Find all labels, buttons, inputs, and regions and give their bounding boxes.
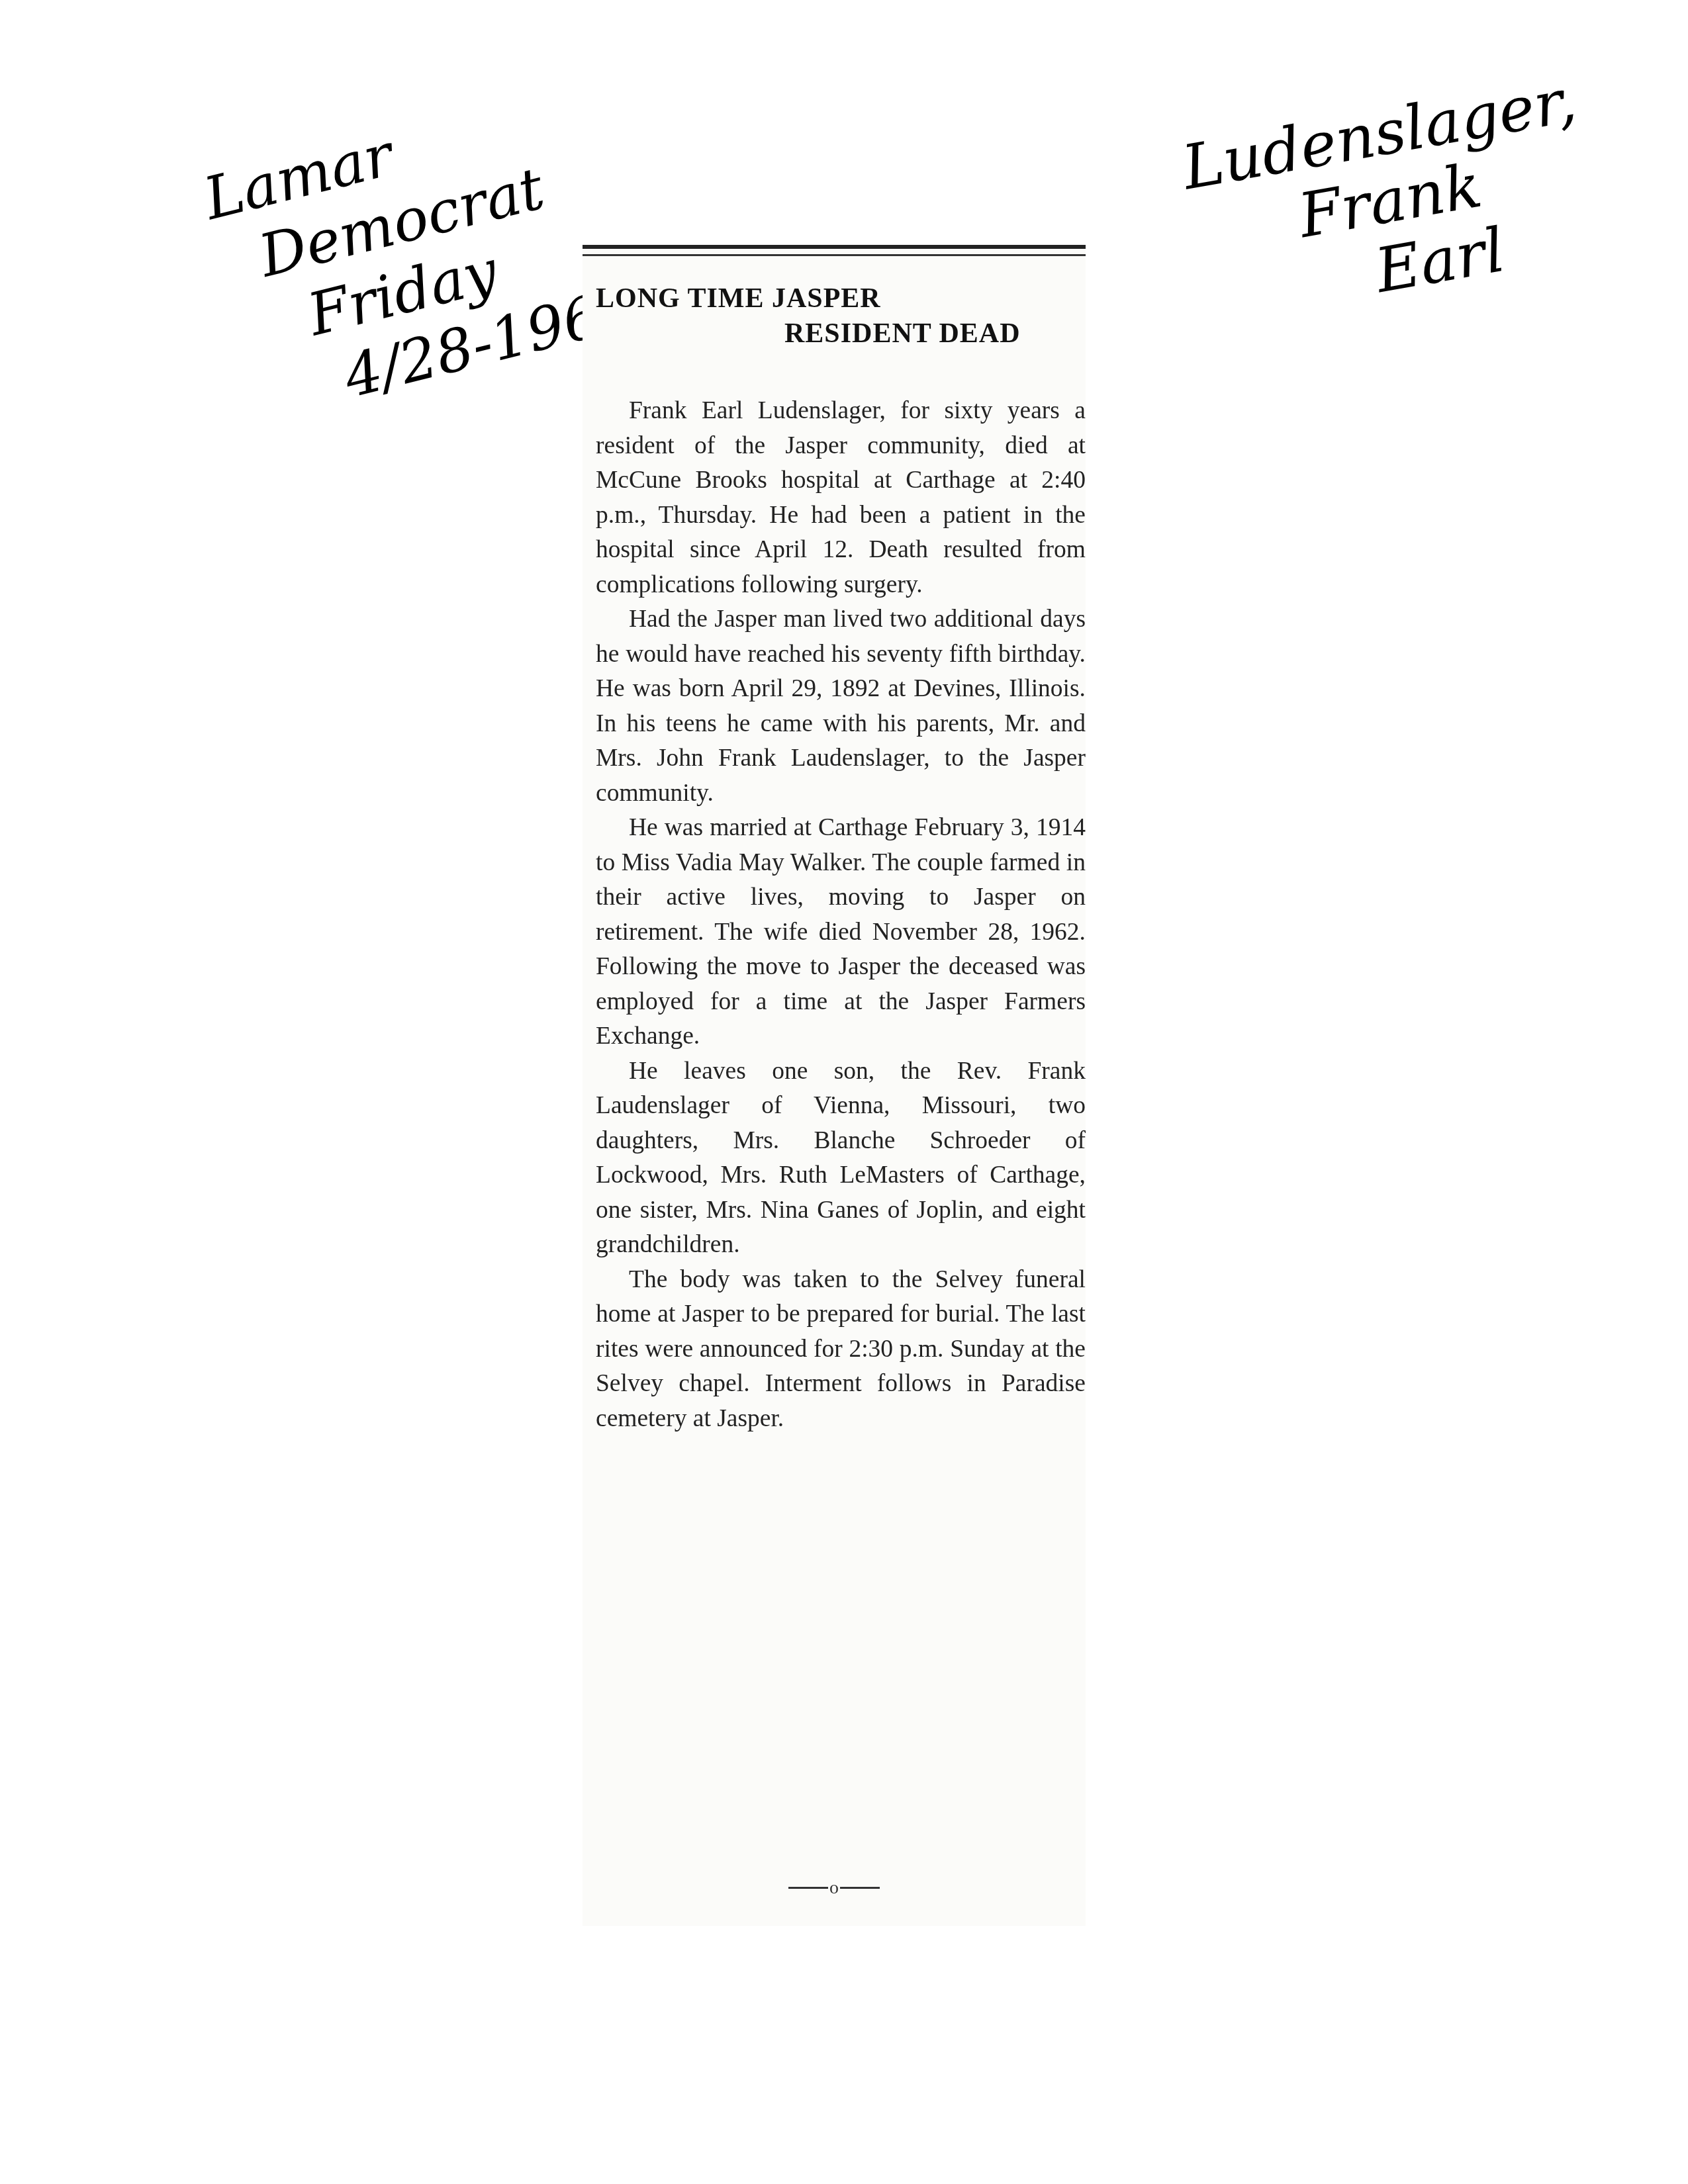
headline-line-2: RESIDENT DEAD: [596, 316, 1072, 351]
article-body: Frank Earl Ludenslager, for sixty years …: [596, 394, 1086, 1436]
handwritten-name-note: Ludenslager, Frank Earl: [1178, 70, 1605, 339]
newspaper-clipping: LONG TIME JASPER RESIDENT DEAD Frank Ear…: [583, 245, 1086, 1926]
article-headline: LONG TIME JASPER RESIDENT DEAD: [596, 281, 1072, 351]
headline-line-1: LONG TIME JASPER: [596, 281, 1072, 316]
end-mark-circle: o: [828, 1878, 840, 1899]
paragraph-marriage: He was married at Carthage February 3, 1…: [596, 811, 1086, 1054]
paragraph-birth: Had the Jasper man lived two additional …: [596, 602, 1086, 811]
end-mark-right-line: [840, 1887, 880, 1889]
top-rule-divider-thin: [583, 254, 1086, 256]
end-of-article-mark: o: [583, 1876, 1086, 1899]
end-mark-left-line: [788, 1887, 828, 1889]
handwritten-source-note: Lamar Democrat Friday 4/28-1967: [199, 77, 645, 439]
top-rule-divider: [583, 245, 1086, 249]
paragraph-death-notice: Frank Earl Ludenslager, for sixty years …: [596, 394, 1086, 602]
paragraph-funeral: The body was taken to the Selvey funeral…: [596, 1263, 1086, 1437]
paragraph-survivors: He leaves one son, the Rev. Frank Lauden…: [596, 1054, 1086, 1263]
